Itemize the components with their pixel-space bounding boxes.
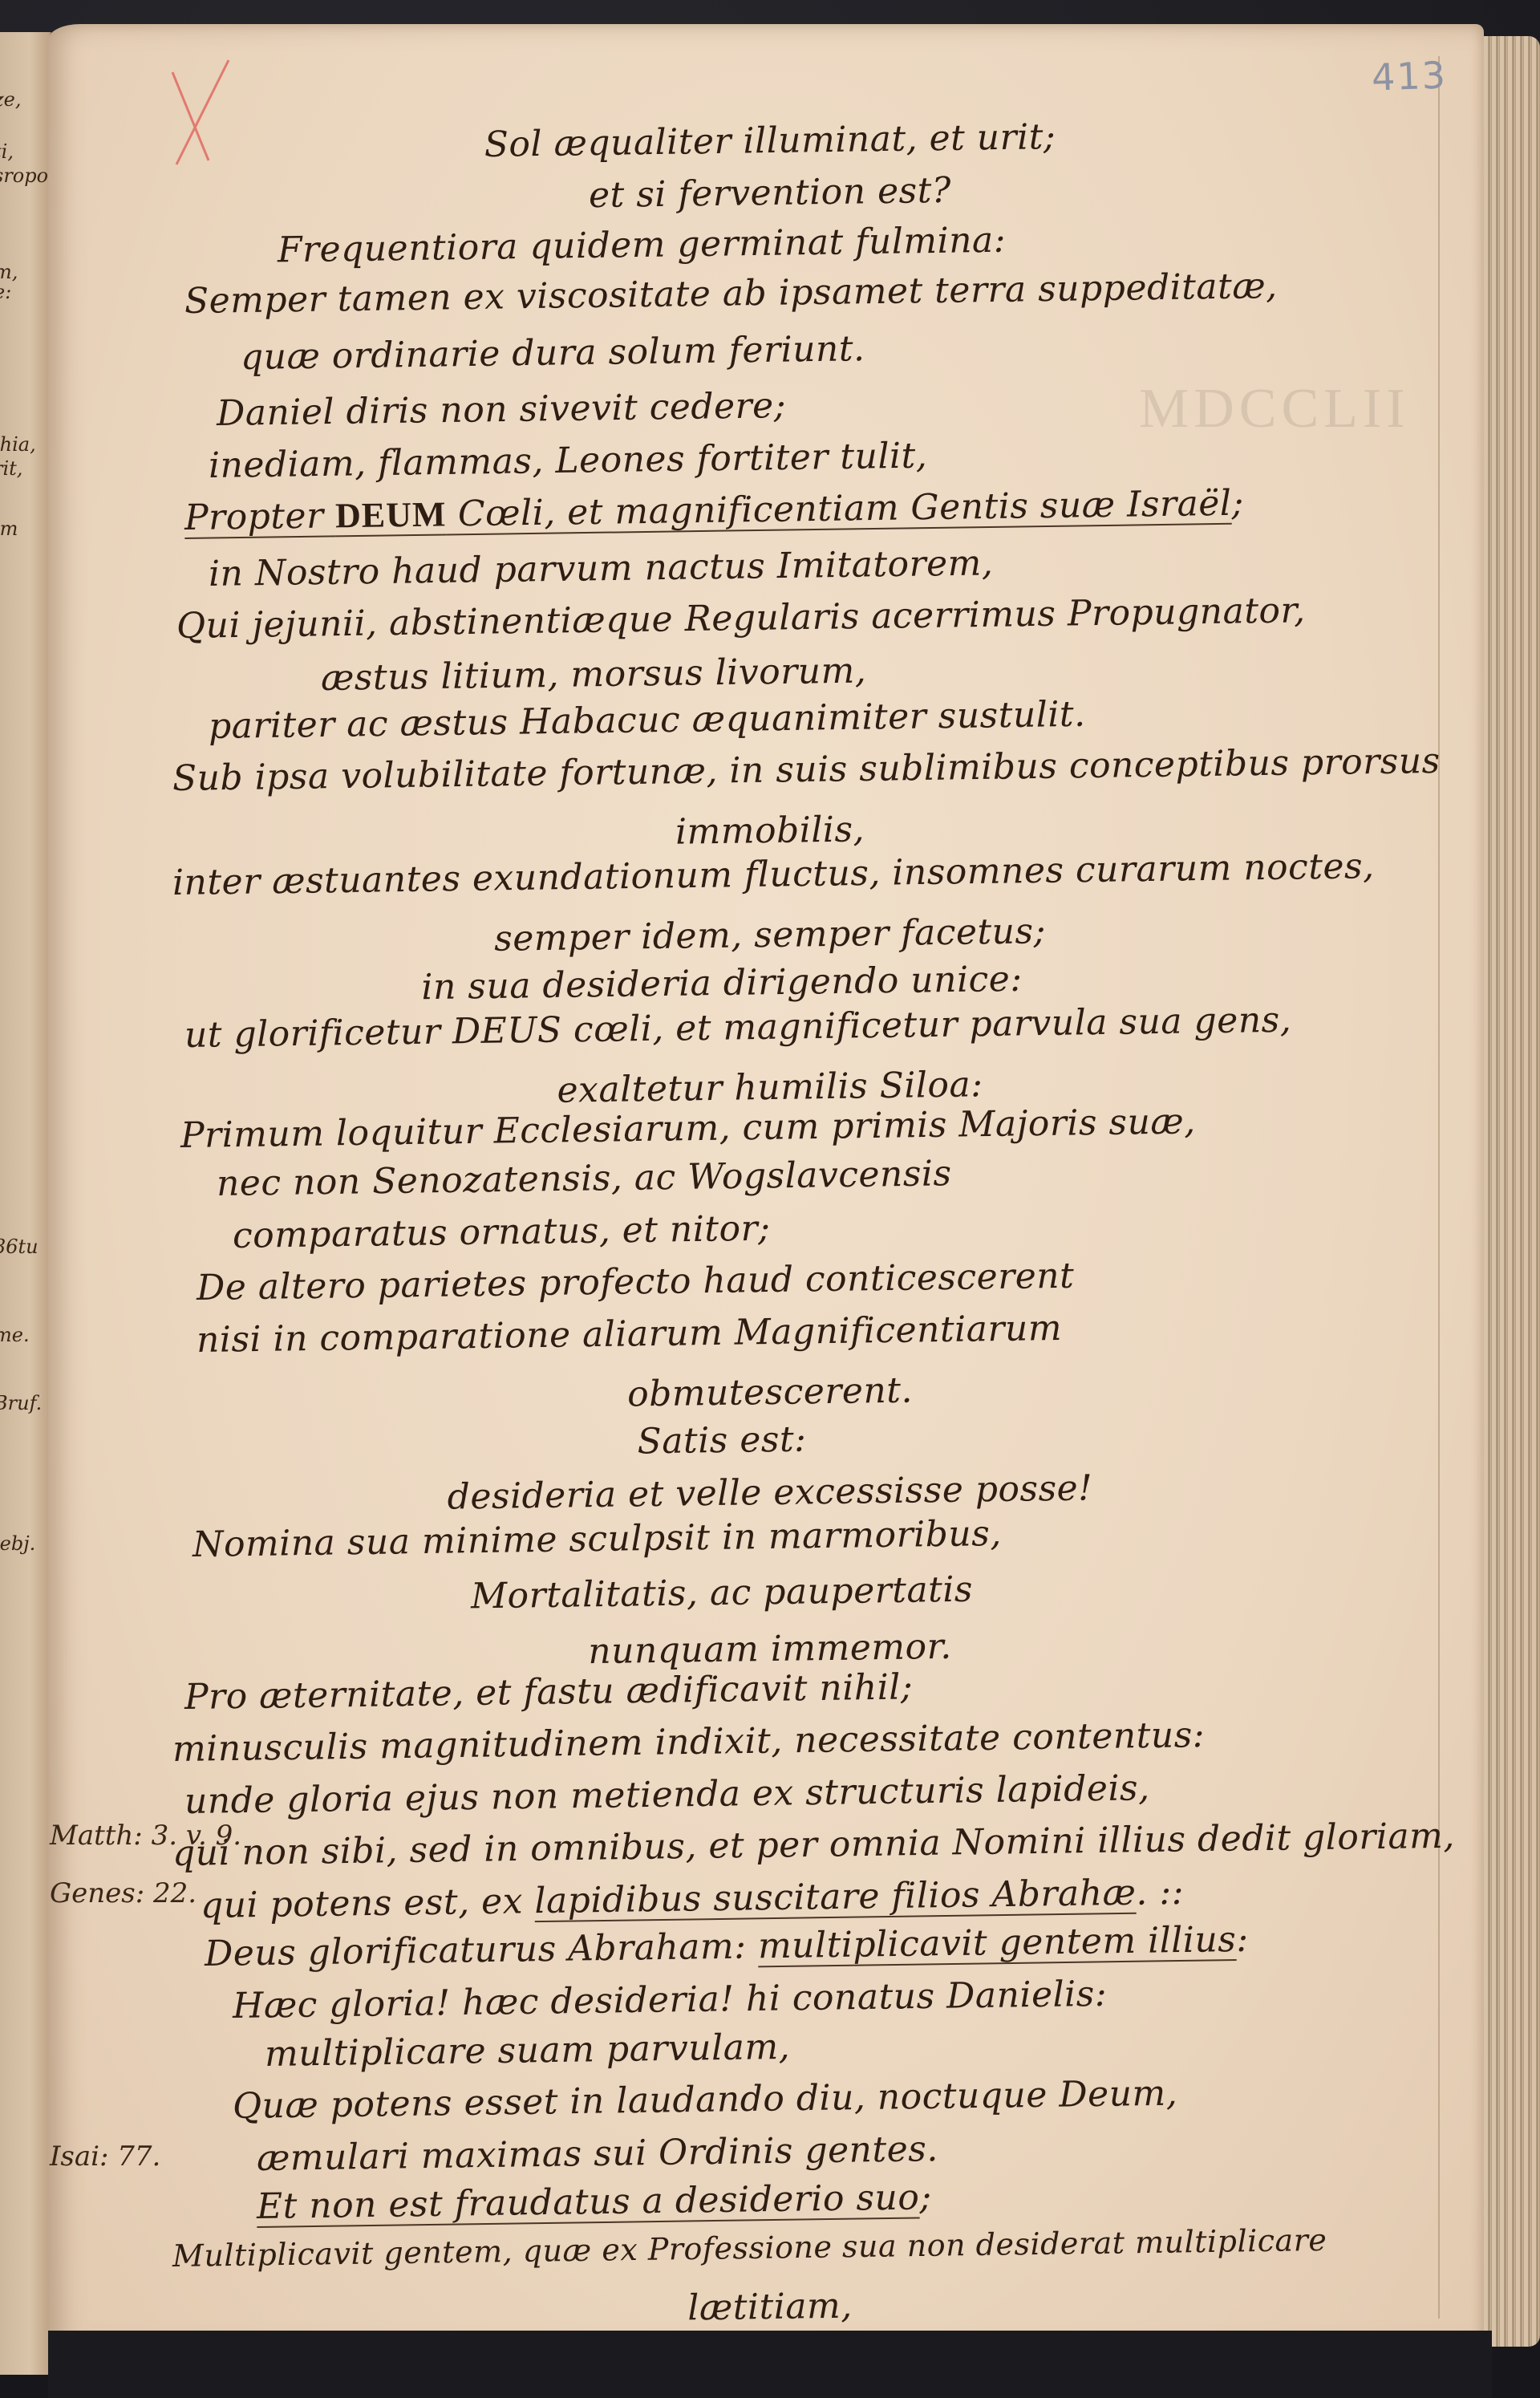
scan-bottom-backdrop xyxy=(48,2331,1492,2398)
manuscript-line: nunquam immemor. xyxy=(588,1626,952,1672)
underlined-text: Propter DEUM Cœli, et magnificentiam Gen… xyxy=(184,483,1232,538)
manuscript-line: nec non Senozatensis, ac Wogslavcensis xyxy=(217,1153,952,1204)
manuscript-line: in sua desideria dirigendo unice: xyxy=(421,959,1023,1008)
manuscript-line: semper idem, semper facetus; xyxy=(494,911,1046,960)
manuscript-line: nisi in comparatione aliarum Magnificent… xyxy=(197,1308,1063,1361)
manuscript-line: Nomina sua minime sculpsit in marmoribus… xyxy=(192,1513,1002,1565)
manuscript-line: pariter ac æstus Habacuc æquanimiter sus… xyxy=(209,694,1086,747)
manuscript-line: Sub ipsa volubilitate fortunæ, in suis s… xyxy=(172,740,1441,799)
manuscript-line: Qui jejunii, abstinentiæque Regularis ac… xyxy=(176,590,1306,647)
manuscript-line: Satis est: xyxy=(637,1419,807,1463)
manuscript-line: multiplicare suam parvulam, xyxy=(265,2027,791,2075)
manuscript-line: Multiplicavit gentem, quæ ex Professione… xyxy=(172,2222,1327,2274)
manuscript-line: Frequentiora quidem germinat fulmina: xyxy=(278,220,1007,271)
manuscript-line-underlined: Deus glorificaturus Abraham: multiplicav… xyxy=(205,1919,1249,1974)
line-text: qui potens est, ex xyxy=(201,1881,535,1926)
underlined-text: multiplicavit gentem illius xyxy=(758,1919,1237,1966)
line-punctuation: . :: xyxy=(1136,1872,1184,1913)
manuscript-line: Semper tamen ex viscositate ab ipsamet t… xyxy=(184,266,1278,322)
manuscript-text: Sol æqualiter illuminat, et urit;et si f… xyxy=(0,0,1540,2398)
manuscript-line: Sol æqualiter illuminat, et urit; xyxy=(484,116,1056,165)
manuscript-line: qui non sibi, sed in omnibus, et per omn… xyxy=(172,1816,1456,1874)
manuscript-line: Mortalitatis, ac paupertatis xyxy=(471,1569,974,1617)
margin-note-reference: Isai: 77. xyxy=(50,2140,160,2173)
manuscript-line: immobilis, xyxy=(675,809,865,852)
manuscript-line-underlined: Et non est fraudatus a desiderio suo; xyxy=(257,2177,932,2227)
underlined-text: Et non est fraudatus a desiderio suo xyxy=(257,2177,920,2227)
manuscript-line: ut glorificetur DEUS cœli, et magnificet… xyxy=(184,1000,1292,1056)
manuscript-line: et si fervention est? xyxy=(589,170,952,216)
manuscript-line: Primum loquitur Ecclesiarum, cum primis … xyxy=(180,1101,1196,1156)
manuscript-line: in Nostro haud parvum nactus Imitatorem, xyxy=(209,542,994,594)
manuscript-line: quæ ordinarie dura solum feriunt. xyxy=(241,328,865,378)
manuscript-line: De altero parietes profecto haud contice… xyxy=(197,1256,1075,1309)
manuscript-line: Hæc gloria! hæc desideria! hi conatus Da… xyxy=(233,1974,1108,2027)
manuscript-line: minusculis magnitudinem indixit, necessi… xyxy=(172,1714,1206,1770)
manuscript-line: obmutescerent. xyxy=(627,1370,913,1415)
manuscript-line-underlined: qui potens est, ex lapidibus suscitare f… xyxy=(201,1872,1185,1926)
manuscript-line: æmulari maximas sui Ordinis gentes. xyxy=(257,2128,938,2179)
margin-note-reference: Matth: 3. v. 9. xyxy=(50,1820,241,1852)
manuscript-line: inter æstuantes exundationum fluctus, in… xyxy=(172,846,1375,903)
line-punctuation: : xyxy=(1236,1919,1249,1960)
manuscript-line: Quæ potens esset in laudando diu, noctuq… xyxy=(233,2073,1178,2127)
line-punctuation: ; xyxy=(919,2177,932,2217)
manuscript-line: Pro æternitate, et fastu ædificavit nihi… xyxy=(184,1666,914,1718)
manuscript-line: desideria et velle excessisse posse! xyxy=(447,1467,1092,1517)
underlined-text: lapidibus suscitare filios Abrahæ xyxy=(534,1873,1137,1921)
manuscript-line-underlined: Propter DEUM Cœli, et magnificentiam Gen… xyxy=(184,483,1244,538)
manuscript-line: inediam, flammas, Leones fortiter tulit, xyxy=(209,435,928,486)
manuscript-line: Daniel diris non sivevit cedere; xyxy=(217,385,787,434)
capitalized-word: DEUM xyxy=(335,494,447,535)
line-punctuation: ; xyxy=(1231,483,1244,524)
manuscript-line: unde gloria ejus non metienda ex structu… xyxy=(184,1767,1150,1822)
manuscript-line: lætitiam, xyxy=(687,2286,853,2329)
manuscript-line: comparatus ornatus, et nitor; xyxy=(233,1208,771,1256)
manuscript-line: æstus litium, morsus livorum, xyxy=(321,651,867,699)
manuscript-line: exaltetur humilis Siloa: xyxy=(557,1064,983,1110)
line-text: Deus glorificaturus Abraham: xyxy=(205,1925,759,1974)
margin-note-reference: Genes: 22. xyxy=(50,1877,197,1909)
